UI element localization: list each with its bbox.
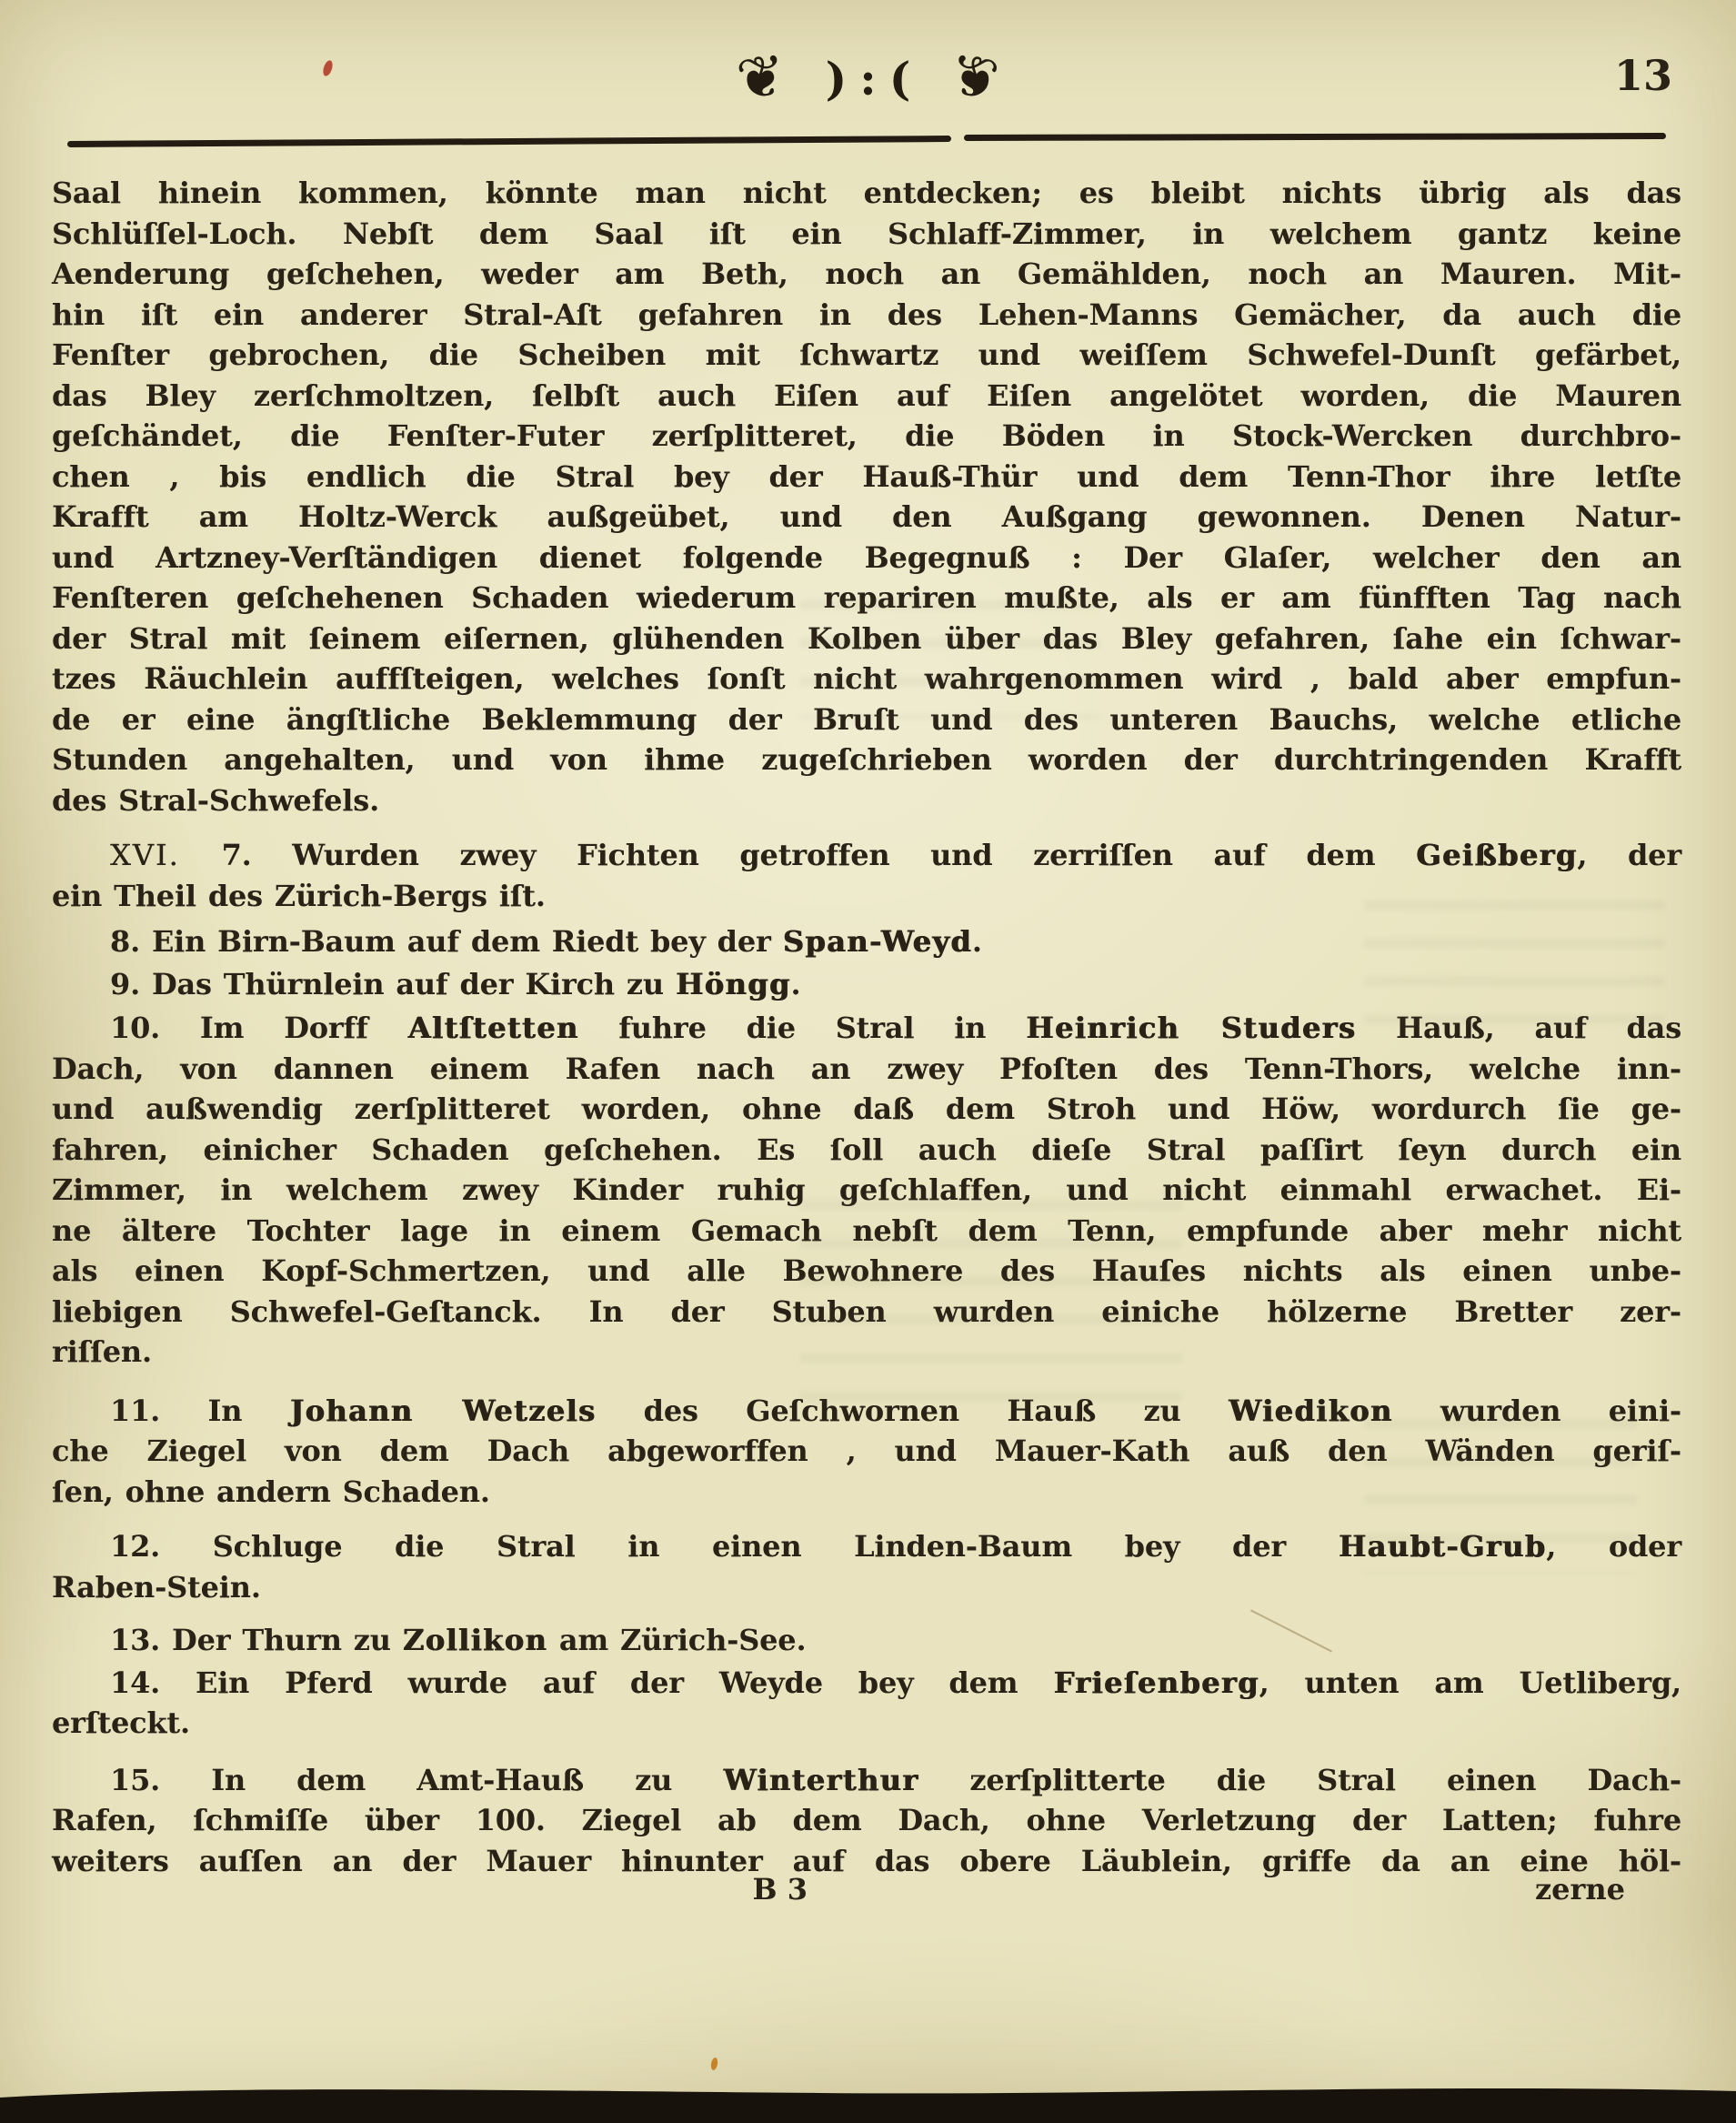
text-line: 13. Der Thurn zu Zollikon am Zürich-See.	[52, 1620, 1681, 1661]
place-name: Johann Wetzels	[290, 1394, 596, 1428]
paragraph: 13. Der Thurn zu Zollikon am Zürich-See.	[52, 1620, 1681, 1661]
text-line: hin iſt ein anderer Stral-Aſt gefahren i…	[52, 295, 1681, 336]
scan-edge-shadow	[0, 2063, 1736, 2123]
header-ornament: ❦ ):( ❦	[0, 49, 1736, 107]
text-line: 14. Ein Pferd wurde auf der Weyde bey de…	[52, 1663, 1681, 1704]
text-line: und Artzney-Verſtändigen dienet folgende…	[52, 538, 1681, 579]
place-name: Span-Weyd	[783, 924, 972, 959]
text-line: geſchändet, die Fenſter-Futer zerſplitte…	[52, 416, 1681, 457]
text-line: und außwendig zerſplitteret worden, ohne…	[52, 1089, 1681, 1130]
show-through-patch	[800, 600, 1100, 719]
head-rule-left	[67, 136, 951, 147]
show-through-patch	[800, 1201, 1182, 1410]
fleuron-left-icon: ❦	[734, 46, 788, 109]
text-line: Schlüſſel-Loch. Nebſt dem Saal iſt ein S…	[52, 214, 1681, 255]
paragraph: 14. Ein Pferd wurde auf der Weyde bey de…	[52, 1663, 1681, 1744]
page-footer: B 3 zerne	[52, 1872, 1681, 1917]
text-line: XVI. 7. Wurden zwey Fichten getroffen un…	[52, 835, 1681, 876]
fleuron-right-icon: ❦	[948, 46, 1002, 109]
text-line: Krafft am Holtz-Werck außgeübet, und den…	[52, 497, 1681, 538]
text-line: Rafen, ſchmiſſe über 100. Ziegel ab dem …	[52, 1800, 1681, 1841]
text-line: Fenſter gebrochen, die Scheiben mit ſchw…	[52, 335, 1681, 376]
text-line: fahren, einicher Schaden geſchehen. Es ſ…	[52, 1130, 1681, 1171]
page-number: 13	[1614, 51, 1672, 100]
place-name: Zollikon	[403, 1623, 547, 1657]
catchword: zerne	[1535, 1872, 1625, 1907]
text-line: Aenderung geſchehen, weder am Beth, noch…	[52, 254, 1681, 295]
paragraph: 15. In dem Amt-Hauß zu Winterthur zerſpl…	[52, 1760, 1681, 1882]
place-name: Geißberg	[1416, 838, 1577, 872]
place-name: Höngg	[676, 967, 791, 1001]
text-line: erſteckt.	[52, 1703, 1681, 1744]
place-name: Altſtetten	[408, 1011, 579, 1045]
text-line: Dach, von dannen einem Rafen nach an zwe…	[52, 1049, 1681, 1090]
signature-mark: B 3	[753, 1872, 808, 1907]
text-line: des Stral-Schwefels.	[52, 780, 1681, 821]
place-name: Frieſenberg	[1053, 1665, 1259, 1700]
show-through-patch	[1364, 1419, 1637, 1574]
text-line: 15. In dem Amt-Hauß zu Winterthur zerſpl…	[52, 1760, 1681, 1801]
place-name: Heinrich Studers	[1026, 1011, 1356, 1045]
paragraph: Saal hinein kommen, könnte man nicht ent…	[52, 173, 1681, 820]
text-line: Saal hinein kommen, könnte man nicht ent…	[52, 173, 1681, 214]
show-through-patch	[1364, 901, 1664, 1037]
ornament-separator: ):(	[813, 52, 924, 106]
head-rule-right	[964, 133, 1666, 141]
place-name: Winterthur	[723, 1763, 918, 1797]
text-line: das Bley zerſchmoltzen, ſelbſt auch Eiſe…	[52, 376, 1681, 417]
text-line: chen , bis endlich die Stral bey der Hau…	[52, 457, 1681, 498]
text-line: Stunden angehalten, und von ihme zugeſch…	[52, 740, 1681, 780]
scanned-book-page: ❦ ):( ❦ 13 Saal hinein kommen, könnte ma…	[0, 0, 1736, 2123]
